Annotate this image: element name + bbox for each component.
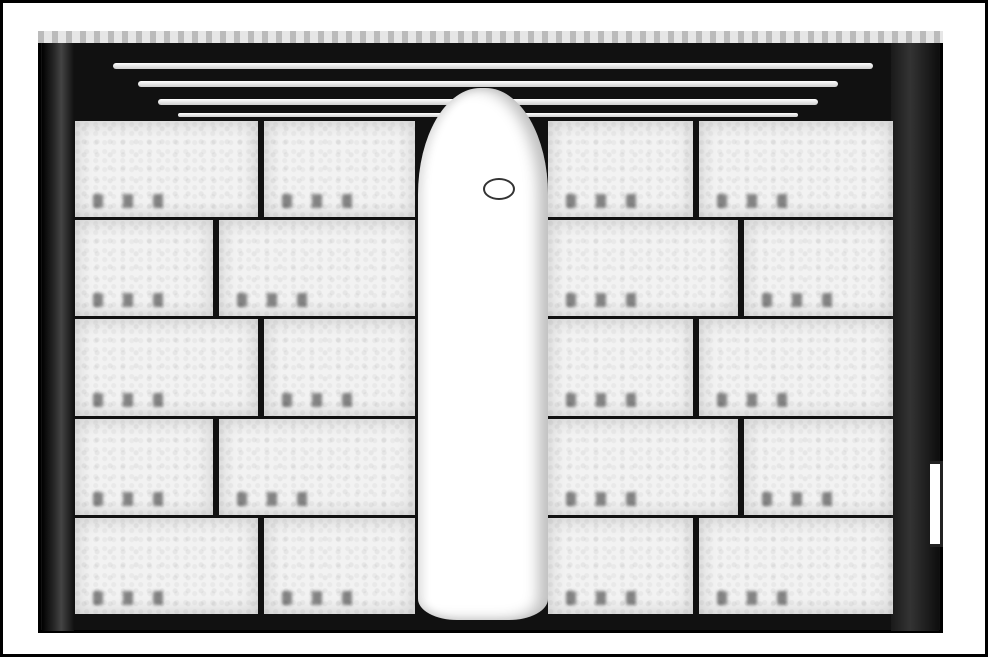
carton-print-mark: [282, 393, 292, 407]
carton-stack-right: [548, 120, 893, 616]
carton: [75, 220, 213, 316]
roof-rail: [138, 81, 838, 87]
carton: [75, 419, 213, 515]
carton-print-mark: [153, 194, 163, 208]
carton: [264, 319, 415, 415]
carton-print-mark: [626, 591, 636, 605]
carton-print-mark: [93, 194, 103, 208]
carton-print-mark: [153, 591, 163, 605]
carton-print-mark: [777, 194, 787, 208]
carton-print-mark: [626, 492, 636, 506]
carton-print-mark: [596, 492, 606, 506]
carton-print-mark: [282, 194, 292, 208]
carton-print-mark: [153, 393, 163, 407]
carton: [75, 319, 258, 415]
carton: [548, 220, 738, 316]
carton: [699, 319, 893, 415]
carton-print-mark: [153, 492, 163, 506]
carton-print-mark: [822, 293, 832, 307]
carton-print-mark: [93, 393, 103, 407]
carton-print-mark: [792, 492, 802, 506]
carton-print-mark: [93, 293, 103, 307]
container-door-post-left: [42, 43, 74, 631]
carton-print-mark: [596, 194, 606, 208]
carton: [548, 518, 693, 614]
dunnage-air-bag: [418, 88, 548, 620]
carton-print-mark: [777, 393, 787, 407]
carton: [699, 121, 893, 217]
bag-logo-mark: [483, 178, 515, 200]
carton-print-mark: [123, 393, 133, 407]
carton-print-mark: [342, 393, 352, 407]
carton-print-mark: [93, 492, 103, 506]
carton: [699, 518, 893, 614]
carton-print-mark: [123, 293, 133, 307]
carton-print-mark: [312, 591, 322, 605]
carton-print-mark: [237, 492, 247, 506]
carton-print-mark: [312, 194, 322, 208]
carton-print-mark: [123, 492, 133, 506]
carton-print-mark: [717, 194, 727, 208]
container-top-edge: [38, 31, 943, 43]
carton-print-mark: [297, 492, 307, 506]
carton-print-mark: [747, 194, 757, 208]
carton: [744, 419, 893, 515]
carton-print-mark: [282, 591, 292, 605]
roof-rail: [113, 63, 873, 69]
carton-print-mark: [626, 194, 636, 208]
carton: [744, 220, 893, 316]
carton-print-mark: [297, 293, 307, 307]
carton-print-mark: [717, 591, 727, 605]
carton: [548, 319, 693, 415]
carton-print-mark: [566, 194, 576, 208]
carton-print-mark: [93, 591, 103, 605]
carton-print-mark: [792, 293, 802, 307]
carton: [548, 121, 693, 217]
carton-print-mark: [717, 393, 727, 407]
carton-print-mark: [626, 293, 636, 307]
door-handle: [930, 461, 943, 547]
carton-print-mark: [342, 194, 352, 208]
carton-print-mark: [762, 492, 772, 506]
carton-print-mark: [596, 393, 606, 407]
carton-print-mark: [777, 591, 787, 605]
carton: [219, 419, 415, 515]
carton: [264, 518, 415, 614]
image-frame: [0, 0, 988, 657]
carton: [75, 518, 258, 614]
carton-stack-left: [75, 120, 415, 616]
carton: [548, 419, 738, 515]
container-photo: [38, 31, 943, 633]
carton: [219, 220, 415, 316]
carton-print-mark: [596, 591, 606, 605]
carton-print-mark: [267, 492, 277, 506]
carton-print-mark: [566, 492, 576, 506]
carton-print-mark: [566, 393, 576, 407]
carton-print-mark: [747, 393, 757, 407]
carton-print-mark: [123, 194, 133, 208]
carton-print-mark: [626, 393, 636, 407]
carton: [75, 121, 258, 217]
carton-print-mark: [153, 293, 163, 307]
carton-print-mark: [747, 591, 757, 605]
carton-print-mark: [596, 293, 606, 307]
carton-print-mark: [312, 393, 322, 407]
carton-print-mark: [762, 293, 772, 307]
carton: [264, 121, 415, 217]
carton-print-mark: [822, 492, 832, 506]
carton-print-mark: [123, 591, 133, 605]
carton-print-mark: [566, 293, 576, 307]
carton-print-mark: [237, 293, 247, 307]
carton-print-mark: [267, 293, 277, 307]
carton-print-mark: [342, 591, 352, 605]
carton-print-mark: [566, 591, 576, 605]
